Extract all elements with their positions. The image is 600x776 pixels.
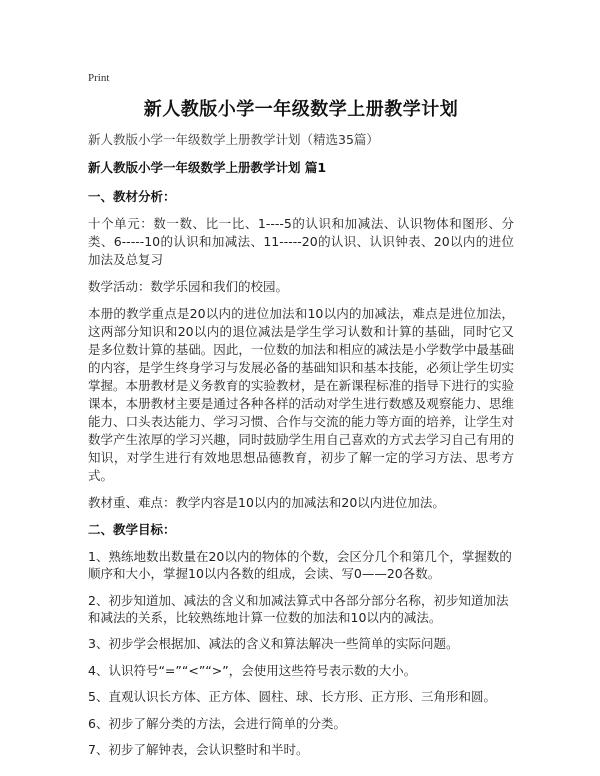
goal-item: 6、初步了解分类的方法，会进行简单的分类。 xyxy=(88,715,514,732)
document-page: Print 新人教版小学一年级数学上册教学计划 新人教版小学一年级数学上册教学计… xyxy=(88,70,514,768)
print-label[interactable]: Print xyxy=(88,70,514,86)
section-heading: 二、教学目标： xyxy=(88,521,514,539)
goal-item: 4、认识符号“=”“<”“>”，会使用这些符号表示数的大小。 xyxy=(88,662,514,679)
key-difficulty-paragraph: 教材重、难点：教学内容是10以内的加减法和20以内进位加法。 xyxy=(88,494,514,512)
goal-item: 1、熟练地数出数量在20以内的物体的个数，会区分几个和第几个，掌握数的顺序和大小… xyxy=(88,548,514,582)
document-title: 新人教版小学一年级数学上册教学计划 xyxy=(88,98,514,122)
section-teaching-goals: 二、教学目标： 1、熟练地数出数量在20以内的物体的个数，会区分几个和第几个，掌… xyxy=(88,521,514,758)
units-paragraph: 十个单元：数一数、比一比、1----5的认识和加减法、认识物体和图形、分类、6-… xyxy=(88,215,514,269)
goal-item: 2、初步知道加、减法的含义和加减法算式中各部分部分名称，初步知道加法和减法的关系… xyxy=(88,592,514,626)
goal-item: 5、直观认识长方体、正方体、圆柱、球、长方形、正方形、三角形和圆。 xyxy=(88,688,514,705)
activities-paragraph: 数学活动：数学乐园和我们的校园。 xyxy=(88,278,514,296)
goal-item: 3、初步学会根据加、减法的含义和算法解决一些简单的实际问题。 xyxy=(88,635,514,652)
document-subtitle: 新人教版小学一年级数学上册教学计划（精选35篇） xyxy=(88,131,514,149)
goal-list: 1、熟练地数出数量在20以内的物体的个数，会区分几个和第几个，掌握数的顺序和大小… xyxy=(88,548,514,758)
section-textbook-analysis: 一、教材分析： 十个单元：数一数、比一比、1----5的认识和加减法、认识物体和… xyxy=(88,188,514,512)
focus-paragraph: 本册的教学重点是20以内的进位加法和10以内的加减法，难点是进位加法，这两部分知… xyxy=(88,305,514,485)
article-heading: 新人教版小学一年级数学上册教学计划 篇1 xyxy=(88,159,514,177)
section-heading: 一、教材分析： xyxy=(88,188,514,206)
goal-item: 7、初步了解钟表，会认识整时和半时。 xyxy=(88,741,514,758)
